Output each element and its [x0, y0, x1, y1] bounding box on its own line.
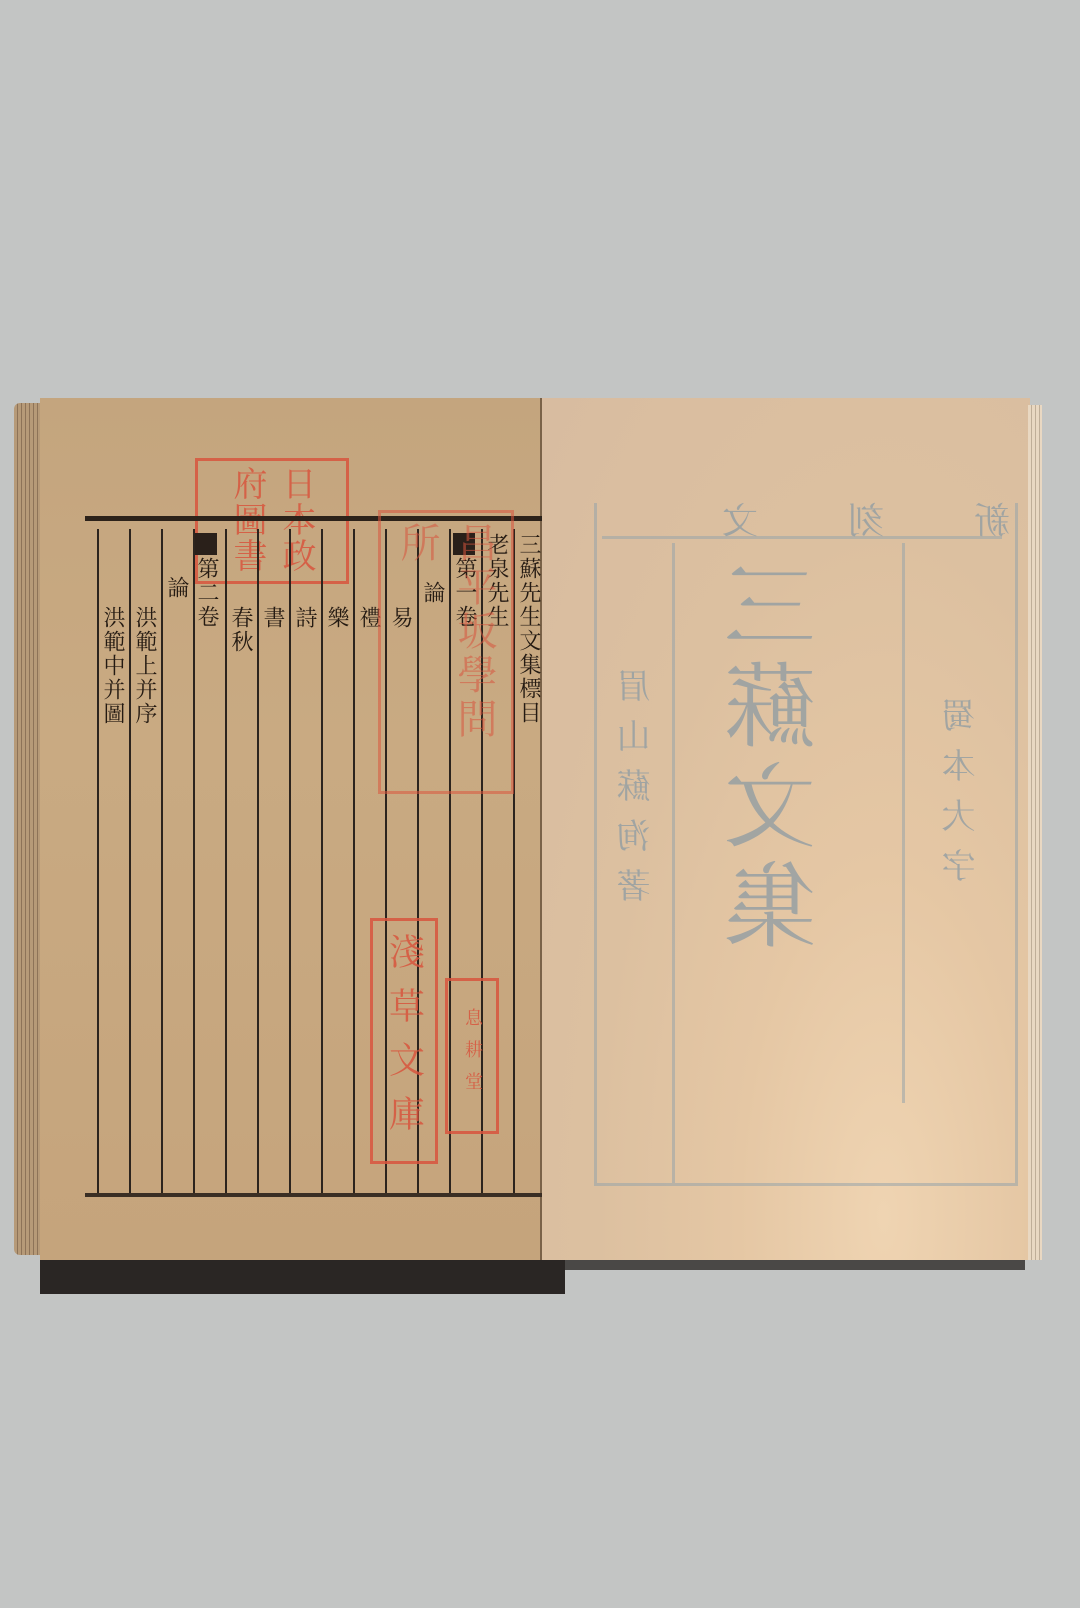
showthrough-right-column: 蜀本大字	[937, 698, 986, 902]
showthrough-header: 新刻文	[632, 493, 1010, 544]
toc-entry: 禮	[357, 606, 379, 630]
seal-tall-right: 昌平坂學問所	[378, 510, 514, 794]
toc-entry: 詩	[293, 606, 315, 630]
seal-text: 淺草文庫	[379, 933, 430, 1149]
column-rule	[225, 529, 227, 1193]
column-rule	[129, 529, 131, 1193]
showthrough-left-column: 眉山蘇洵著	[612, 668, 661, 922]
volume-two-item: 論	[165, 576, 187, 600]
toc-entry: 樂	[325, 606, 347, 630]
seal-text: 息耕堂	[459, 1008, 485, 1104]
column-rule	[353, 529, 355, 1193]
showthrough-rule	[672, 543, 675, 1183]
toc-entry: 書	[261, 606, 283, 630]
toc-entry: 春秋	[229, 606, 251, 654]
column-rule	[161, 529, 163, 1193]
column-rule	[321, 529, 323, 1193]
left-page: 日本政府圖書 三蘇先生文集標目 老泉先生 第一卷 論 易 禮 樂 詩 書 春秋 …	[40, 398, 542, 1260]
toc-entry: 洪範上并序	[133, 606, 155, 726]
toc-entry: 洪範中并圖	[101, 606, 123, 726]
right-page: 新刻文 三蘇文集 眉山蘇洵著 蜀本大字	[542, 398, 1030, 1260]
showthrough-rule	[902, 543, 905, 1103]
showthrough-title: 三蘇文集	[712, 558, 844, 962]
column-rule	[97, 529, 99, 1193]
column-rule	[257, 529, 259, 1193]
seal-asakusa-bunko: 淺草文庫	[370, 918, 438, 1164]
fish-tail-mark	[195, 533, 217, 555]
title-column: 三蘇先生文集標目	[517, 533, 539, 725]
right-page-stack-edge	[1028, 405, 1042, 1260]
seal-small: 息耕堂	[445, 978, 499, 1134]
volume-two-heading: 第二卷	[195, 533, 217, 629]
seal-text: 昌平坂學問所	[389, 522, 503, 782]
column-rule	[289, 529, 291, 1193]
